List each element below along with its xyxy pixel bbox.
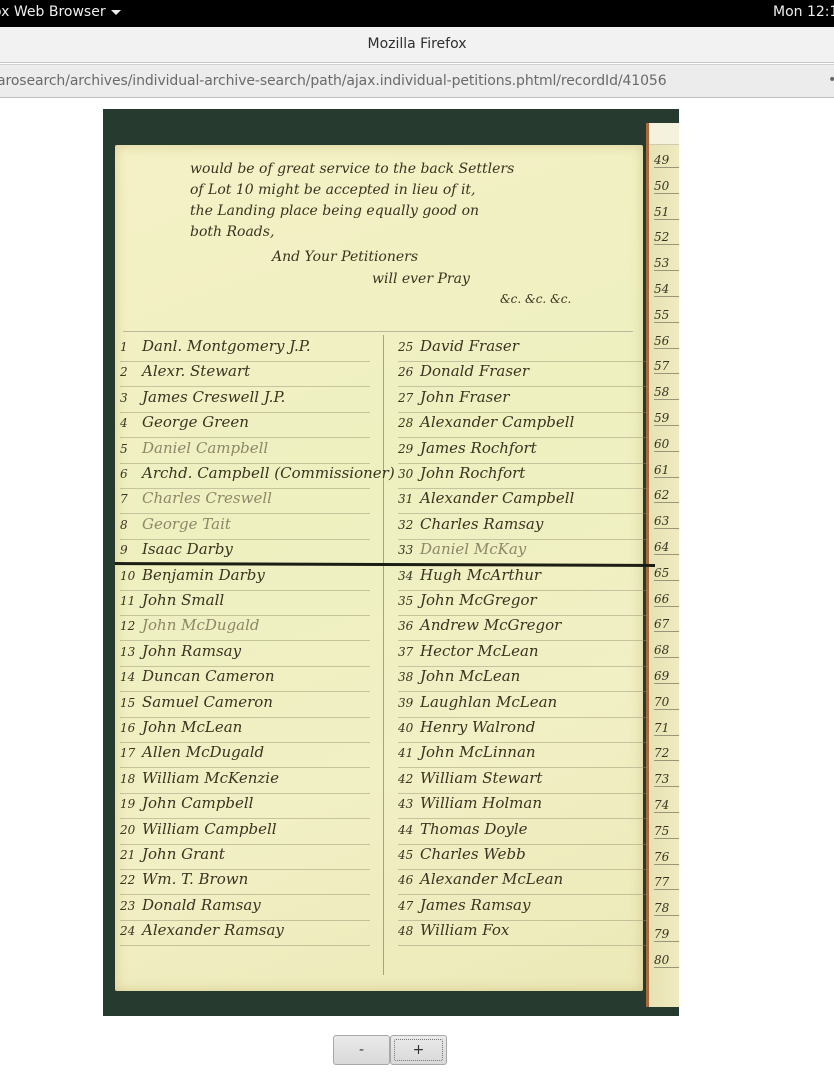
signature-row: 36Andrew McGregor [398, 616, 648, 641]
signature-name: Alexr. Stewart [142, 362, 250, 380]
app-menu[interactable]: ox Web Browser [0, 4, 121, 20]
signature-row: 19John Campbell [120, 794, 370, 819]
signature-row: 43William Holman [398, 794, 648, 819]
signature-number: 27 [398, 391, 420, 405]
signature-number: 3 [120, 391, 142, 405]
signature-number: 30 [398, 467, 420, 481]
url-bar[interactable]: arosearch/archives/individual-archive-se… [0, 64, 834, 98]
signature-row: 13John Ramsay [120, 642, 370, 667]
signature-name: Alexander McLean [420, 870, 563, 888]
signature-name: James Ramsay [420, 896, 530, 914]
adjacent-page-number: 62 [654, 488, 679, 503]
signature-name: Alexander Campbell [420, 489, 574, 507]
adjacent-page-number: 66 [654, 592, 679, 607]
intro-line: And Your Petitioners [272, 247, 418, 268]
adjacent-page-number: 72 [654, 746, 679, 761]
signature-name: Duncan Cameron [142, 667, 275, 685]
adjacent-page-number: 54 [654, 282, 679, 297]
signature-name: David Fraser [420, 337, 519, 355]
signature-name: Alexander Campbell [420, 413, 574, 431]
signature-row: 42William Stewart [398, 769, 648, 794]
signature-name: Charles Webb [420, 845, 526, 863]
adjacent-page-number: 74 [654, 798, 679, 813]
adjacent-page-number: 60 [654, 437, 679, 452]
signature-number: 16 [120, 721, 142, 735]
intro-line: &c. &c. &c. [500, 289, 571, 310]
chevron-down-icon [111, 10, 121, 15]
signature-number: 47 [398, 899, 420, 913]
signature-number: 38 [398, 670, 420, 684]
zoom-in-button[interactable]: + [390, 1035, 447, 1065]
signature-number: 46 [398, 873, 420, 887]
signature-row: 45Charles Webb [398, 845, 648, 870]
signature-row: 5Daniel Campbell [120, 439, 370, 464]
zoom-out-button[interactable]: - [333, 1035, 390, 1065]
signature-row: 44Thomas Doyle [398, 820, 648, 845]
signature-name: Danl. Montgomery J.P. [142, 337, 311, 355]
adjacent-page-number: 68 [654, 643, 679, 658]
signature-row: 6Archd. Campbell (Commissioner) [120, 464, 370, 489]
signature-name: George Tait [142, 515, 231, 533]
adjacent-page-number: 69 [654, 669, 679, 684]
signature-number: 40 [398, 721, 420, 735]
adjacent-page-number: 77 [654, 875, 679, 890]
signature-name: Allen McDugald [142, 743, 264, 761]
intro-line: will ever Pray [372, 269, 470, 290]
signature-number: 14 [120, 670, 142, 684]
signature-row: 47James Ramsay [398, 896, 648, 921]
signature-row: 33Daniel McKay [398, 540, 648, 565]
signature-number: 32 [398, 518, 420, 532]
signature-row: 11John Small [120, 591, 370, 616]
page-viewport: 4950515253545556575859606162636465666768… [0, 98, 834, 1080]
signature-name: Charles Creswell [142, 489, 272, 507]
signature-number: 6 [120, 467, 142, 481]
signature-number: 33 [398, 543, 420, 557]
signature-row: 16John McLean [120, 718, 370, 743]
petition-scan-image: 4950515253545556575859606162636465666768… [103, 109, 679, 1016]
signature-row: 14Duncan Cameron [120, 667, 370, 692]
signature-row: 21John Grant [120, 845, 370, 870]
signature-number: 4 [120, 416, 142, 430]
intro-line: of Lot 10 might be accepted in lieu of i… [190, 180, 476, 201]
signature-name: John Campbell [142, 794, 253, 812]
adjacent-page-number: 64 [654, 540, 679, 555]
signature-number: 35 [398, 594, 420, 608]
signature-number: 7 [120, 492, 142, 506]
signature-name: John Fraser [420, 388, 509, 406]
divider [123, 331, 633, 332]
adjacent-page-number: 52 [654, 230, 679, 245]
signature-row: 37Hector McLean [398, 642, 648, 667]
adjacent-page-number: 61 [654, 463, 679, 478]
signature-row: 27John Fraser [398, 388, 648, 413]
signature-name: Daniel McKay [420, 540, 526, 558]
signature-name: John Grant [142, 845, 225, 863]
adjacent-page-number: 73 [654, 772, 679, 787]
signature-name: Hugh McArthur [420, 566, 541, 584]
signature-name: John McLean [420, 667, 520, 685]
adjacent-page-number: 49 [654, 153, 679, 168]
column-divider [383, 335, 384, 975]
signature-row: 39Laughlan McLean [398, 693, 648, 718]
signature-row: 28Alexander Campbell [398, 413, 648, 438]
signature-row: 32Charles Ramsay [398, 515, 648, 540]
signature-name: Donald Ramsay [142, 896, 261, 914]
signature-row: 18William McKenzie [120, 769, 370, 794]
adjacent-page-number: 56 [654, 334, 679, 349]
signature-row: 46Alexander McLean [398, 870, 648, 895]
adjacent-page-number: 51 [654, 205, 679, 220]
signature-row: 41John McLinnan [398, 743, 648, 768]
signature-name: Thomas Doyle [420, 820, 528, 838]
signature-number: 24 [120, 924, 142, 938]
signature-row: 40Henry Walrond [398, 718, 648, 743]
clock[interactable]: Mon 12:1 [773, 4, 834, 20]
petition-page: would be of great service to the back Se… [115, 145, 643, 991]
signature-name: John McLean [142, 718, 242, 736]
signature-name: Hector McLean [420, 642, 539, 660]
signature-name: James Creswell J.P. [142, 388, 285, 406]
signature-row: 3James Creswell J.P. [120, 388, 370, 413]
signature-name: Charles Ramsay [420, 515, 543, 533]
signature-number: 26 [398, 365, 420, 379]
signature-number: 5 [120, 442, 142, 456]
intro-line: would be of great service to the back Se… [190, 159, 514, 180]
signature-number: 44 [398, 823, 420, 837]
signature-row: 23Donald Ramsay [120, 896, 370, 921]
signature-number: 23 [120, 899, 142, 913]
system-top-bar: ox Web Browser Mon 12:1 [0, 0, 834, 27]
signature-name: John McLinnan [420, 743, 536, 761]
signature-row: 8George Tait [120, 515, 370, 540]
signature-number: 12 [120, 619, 142, 633]
signature-name: Wm. T. Brown [142, 870, 248, 888]
signature-row: 30John Rochfort [398, 464, 648, 489]
signature-number: 17 [120, 746, 142, 760]
signature-row: 1Danl. Montgomery J.P. [120, 337, 370, 362]
signature-name: Henry Walrond [420, 718, 535, 736]
signature-name: Daniel Campbell [142, 439, 268, 457]
more-icon[interactable]: • [828, 72, 834, 88]
adjacent-page-number: 63 [654, 514, 679, 529]
signature-number: 8 [120, 518, 142, 532]
window-title-bar: Mozilla Firefox [0, 27, 834, 63]
signature-number: 10 [120, 569, 142, 583]
signature-number: 21 [120, 848, 142, 862]
signature-number: 13 [120, 645, 142, 659]
adjacent-page-number: 79 [654, 927, 679, 942]
signature-number: 28 [398, 416, 420, 430]
signature-name: William Holman [420, 794, 542, 812]
adjacent-page-number: 55 [654, 308, 679, 323]
adjacent-page-number: 71 [654, 721, 679, 736]
signature-name: William Campbell [142, 820, 277, 838]
signature-name: William Fox [420, 921, 509, 939]
signature-name: Donald Fraser [420, 362, 529, 380]
signature-number: 18 [120, 772, 142, 786]
adjacent-page-number: 59 [654, 411, 679, 426]
signature-name: Laughlan McLean [420, 693, 557, 711]
adjacent-page-number: 67 [654, 617, 679, 632]
signature-number: 34 [398, 569, 420, 583]
adjacent-page-number: 80 [654, 953, 679, 968]
signature-number: 37 [398, 645, 420, 659]
signature-number: 42 [398, 772, 420, 786]
signature-number: 45 [398, 848, 420, 862]
adjacent-page-number: 70 [654, 695, 679, 710]
signature-row: 24Alexander Ramsay [120, 921, 370, 946]
intro-line: the Landing place being equally good on [190, 201, 479, 222]
signature-number: 19 [120, 797, 142, 811]
signature-name: John McDugald [142, 616, 260, 634]
signature-row: 10Benjamin Darby [120, 566, 370, 591]
signature-number: 22 [120, 873, 142, 887]
signature-name: Benjamin Darby [142, 566, 265, 584]
signature-number: 1 [120, 340, 142, 354]
signature-name: John Rochfort [420, 464, 525, 482]
signature-number: 29 [398, 442, 420, 456]
signature-name: Samuel Cameron [142, 693, 273, 711]
signature-name: William McKenzie [142, 769, 279, 787]
signature-row: 7Charles Creswell [120, 489, 370, 514]
signature-row: 4George Green [120, 413, 370, 438]
signature-number: 15 [120, 696, 142, 710]
signature-number: 11 [120, 594, 142, 608]
signature-row: 34Hugh McArthur [398, 566, 648, 591]
signature-number: 9 [120, 543, 142, 557]
adjacent-page-number: 65 [654, 566, 679, 581]
signature-row: 48William Fox [398, 921, 648, 946]
adjacent-page-number: 75 [654, 824, 679, 839]
adjacent-page-number: 76 [654, 850, 679, 865]
adjacent-page-number: 50 [654, 179, 679, 194]
adjacent-page-edge [649, 123, 679, 145]
url-text[interactable]: arosearch/archives/individual-archive-se… [0, 73, 667, 89]
signature-number: 36 [398, 619, 420, 633]
signature-number: 41 [398, 746, 420, 760]
signature-name: John Small [142, 591, 224, 609]
signature-number: 43 [398, 797, 420, 811]
signature-number: 48 [398, 924, 420, 938]
adjacent-page-number: 58 [654, 385, 679, 400]
signature-row: 26Donald Fraser [398, 362, 648, 387]
signature-name: John McGregor [420, 591, 537, 609]
signature-number: 2 [120, 365, 142, 379]
signature-name: William Stewart [420, 769, 542, 787]
signature-row: 12John McDugald [120, 616, 370, 641]
signature-number: 31 [398, 492, 420, 506]
adjacent-page-number: 57 [654, 359, 679, 374]
signature-row: 31Alexander Campbell [398, 489, 648, 514]
signature-name: James Rochfort [420, 439, 537, 457]
signature-name: John Ramsay [142, 642, 241, 660]
signature-name: Isaac Darby [142, 540, 233, 558]
focus-ring [394, 1039, 443, 1061]
signature-name: Archd. Campbell (Commissioner) [142, 464, 395, 482]
signature-row: 15Samuel Cameron [120, 693, 370, 718]
signature-row: 35John McGregor [398, 591, 648, 616]
signature-number: 20 [120, 823, 142, 837]
intro-line: both Roads, [190, 222, 274, 243]
signature-row: 17Allen McDugald [120, 743, 370, 768]
signature-row: 22Wm. T. Brown [120, 870, 370, 895]
signature-number: 25 [398, 340, 420, 354]
signature-row: 25David Fraser [398, 337, 648, 362]
signature-row: 29James Rochfort [398, 439, 648, 464]
adjacent-page-number: 53 [654, 256, 679, 271]
signature-number: 39 [398, 696, 420, 710]
signature-row: 38John McLean [398, 667, 648, 692]
app-menu-label: ox Web Browser [0, 4, 106, 20]
adjacent-page-number: 78 [654, 901, 679, 916]
signature-name: Alexander Ramsay [142, 921, 284, 939]
signature-row: 20William Campbell [120, 820, 370, 845]
signature-name: Andrew McGregor [420, 616, 561, 634]
signature-row: 2Alexr. Stewart [120, 362, 370, 387]
window-title: Mozilla Firefox [0, 36, 834, 52]
signature-name: George Green [142, 413, 249, 431]
